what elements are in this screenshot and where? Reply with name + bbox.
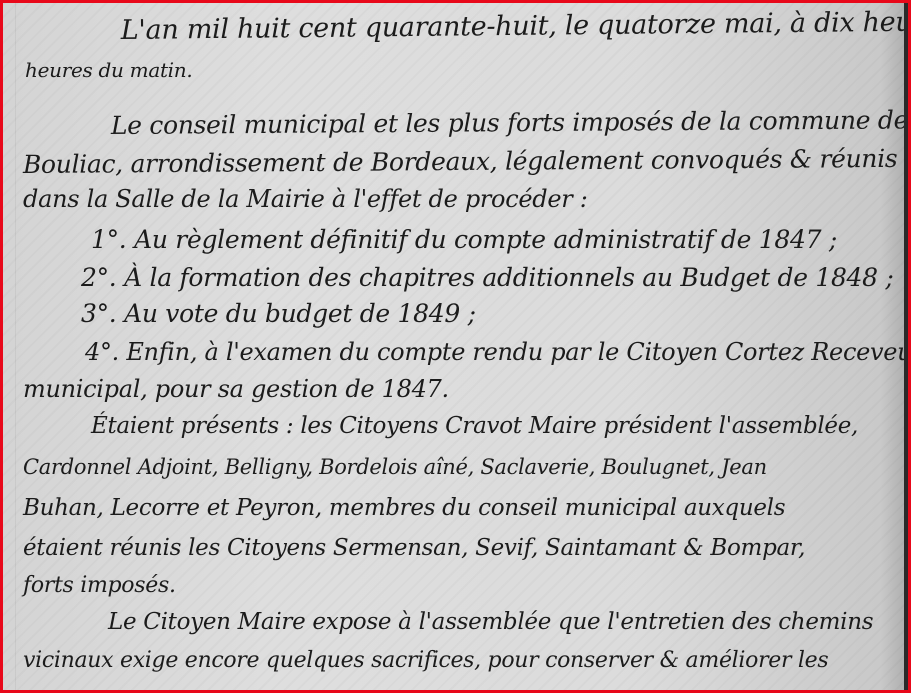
text-line-10: municipal, pour sa gestion de 1847. [23,375,449,403]
text-line-1: L'an mil huit cent quarante-huit, le qua… [121,6,908,46]
text-line-16: Le Citoyen Maire expose à l'assemblée qu… [108,609,873,635]
text-line-8: 3°. Au vote du budget de 1849 ; [81,299,476,328]
document-page: L'an mil huit cent quarante-huit, le qua… [3,3,908,690]
text-line-3: Le conseil municipal et les plus forts i… [111,105,908,140]
text-line-6: 1°. Au règlement définitif du compte adm… [91,225,837,254]
text-line-12: Cardonnel Adjoint, Belligny, Bordelois a… [23,455,767,479]
text-line-17: vicinaux exige encore quelques sacrifice… [23,648,828,673]
page-spine-shadow [904,3,908,690]
text-line-4: Bouliac, arrondissement de Bordeaux, lég… [23,144,898,179]
text-line-14: étaient réunis les Citoyens Sermensan, S… [23,535,805,561]
text-line-13: Buhan, Lecorre et Peyron, membres du con… [23,495,785,521]
text-line-7: 2°. À la formation des chapitres additio… [81,263,894,292]
text-line-11: Étaient présents : les Citoyens Cravot M… [91,413,858,439]
text-line-9: 4°. Enfin, à l'examen du compte rendu pa… [85,338,908,366]
page-margin [15,3,16,690]
text-line-15: forts imposés. [23,573,176,598]
text-line-5: dans la Salle de la Mairie à l'effet de … [23,185,588,213]
text-line-2: heures du matin. [25,58,192,82]
